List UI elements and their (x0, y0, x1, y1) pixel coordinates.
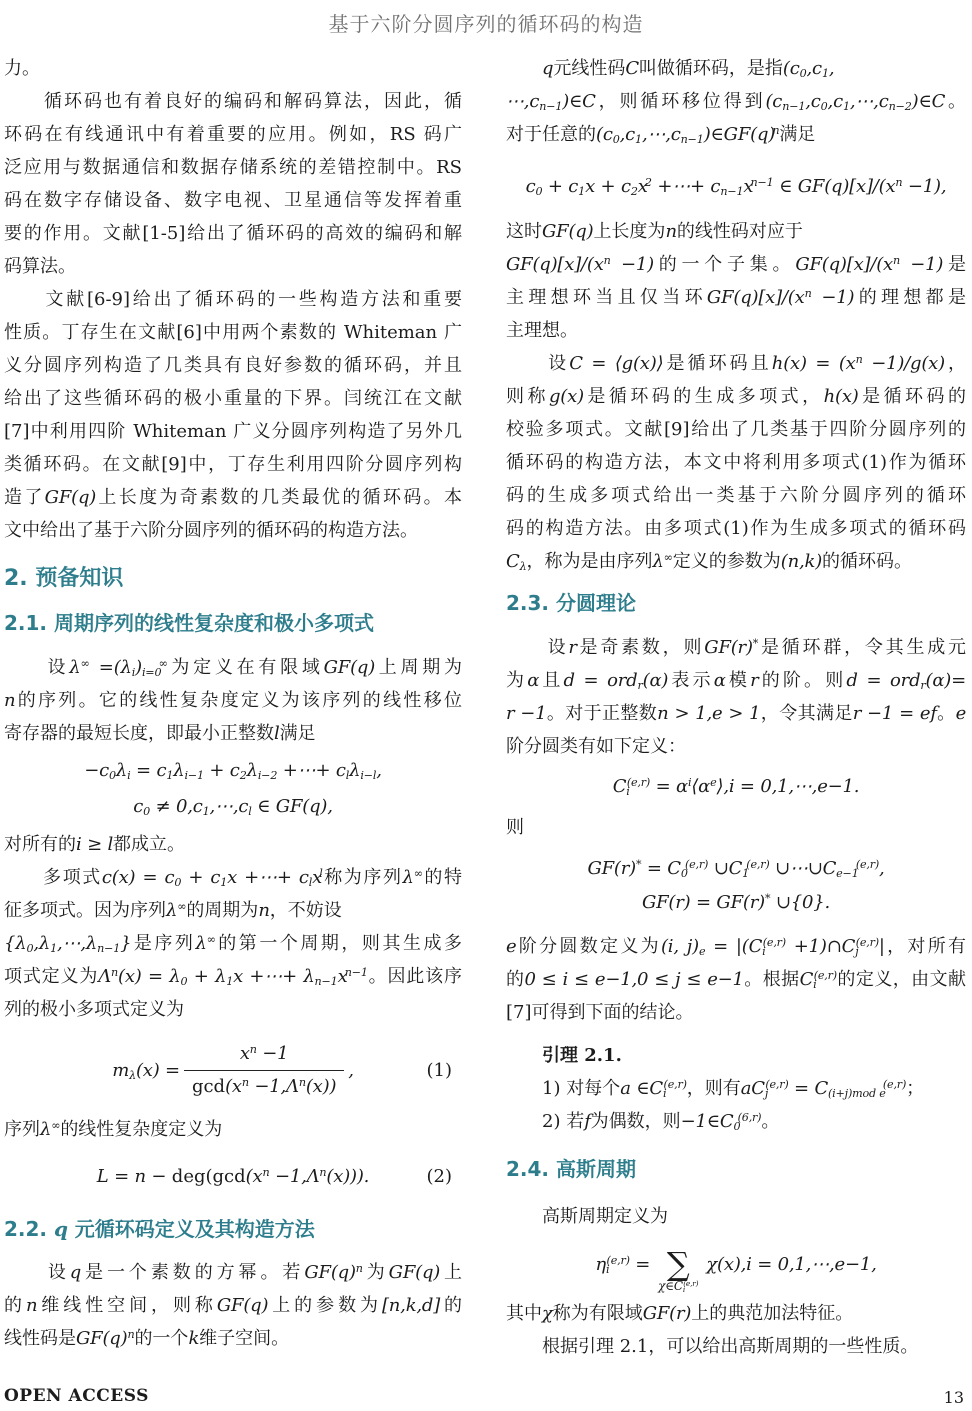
text-line: 主理想。 (506, 314, 966, 347)
text-line: [7]中利用四阶 Whiteman 广义分圆序列构造了另外几 (4, 415, 462, 448)
text-line: 码的构造方法。由多项式(1)作为生成多项式的循环码 (506, 512, 966, 545)
display-formula-cyclotomic-classes: Ci(e,r) = αi⟨αe⟩,i = 0,1,⋯,e−1. (506, 767, 966, 807)
paragraph-cyclotomic-numbers: e阶分圆数定义为(i, j)e = |(Ci(e,r) +1)∩Cj(e,r)|… (506, 930, 966, 1029)
text-line: 设λ∞ =(λi)i=0∞为定义在有限域GF(q)上周期为 (4, 651, 462, 684)
paragraph-gauss-period-intro: 高斯周期定义为 (506, 1200, 966, 1233)
text-line: 义分圆序列构造了几类具有良好参数的循环码，并且 (4, 349, 462, 382)
paragraph-holds-for-all: 对所有的i ≥ l都成立。 (4, 828, 462, 861)
paragraph-literature-review: 文献[6-9]给出了循环码的一些构造方法和重要性质。丁存生在文献[6]中用两个素… (4, 283, 462, 547)
text-line: 文献[6-9]给出了循环码的一些构造方法和重要 (4, 283, 462, 316)
lemma-2-1: 引理 2.1. 1) 对每个a ∈Ci(e,r)，则有aCj(e,r) = C(… (506, 1039, 966, 1138)
summation-subscript: χ∈Ci(e,r) (658, 1279, 698, 1294)
text-line: 文中给出了基于六阶分圆序列的循环码的构造方法。 (4, 514, 462, 547)
text-line: GF(q)[x]/(xn −1)的一个子集。GF(q)[x]/(xn −1)是 (506, 248, 966, 281)
paragraph-canonical-character: 其中χ称为有限域GF(r)上的典范加法特征。 (506, 1297, 966, 1330)
display-formula-union: GF(r)* = C0(e,r) ∪C1(e,r) ∪⋯∪Ce−1(e,r),G… (506, 852, 966, 920)
paragraph-principal-ideal: GF(q)[x]/(xn −1)的一个子集。GF(q)[x]/(xn −1)是主… (506, 248, 966, 347)
text-line: 环码在有线通讯中有着重要的应用。例如，RS 码广 (4, 118, 462, 151)
summation: ∑ χ∈Ci(e,r) (658, 1249, 698, 1294)
paragraph-end-fragment: 力。 (4, 52, 462, 85)
text-line: 1) 对每个a ∈Ci(e,r)，则有aCj(e,r) = C(i+j)mod … (506, 1072, 966, 1105)
text-line: q元线性码C叫做循环码，是指(c0,c1, (506, 52, 966, 85)
text-line: 征多项式。因为序列λ∞的周期为n，不妨设 (4, 894, 462, 927)
right-column: q元线性码C叫做循环码，是指(c0,c1,⋯,cn−1)∈C，则循环移位得到(c… (506, 52, 966, 1363)
paragraph-cyclotomy-setup: 设r是奇素数，则GF(r)*是循环群，令其生成元为α且d = ordr(α)表示… (506, 631, 966, 763)
text-line: 泛应用与数据通信和数据存储系统的差错控制中。RS (4, 151, 462, 184)
text-line: 列的极小多项式定义为 (4, 993, 462, 1026)
fraction-denominator: gcd(xn −1,Λn(x)) (184, 1070, 344, 1100)
running-head-title: 基于六阶分圆序列的循环码的构造 (0, 8, 972, 37)
text-line: 根据引理 2.1，可以给出高斯周期的一些性质。 (506, 1330, 966, 1363)
text-line: 则 (506, 811, 966, 844)
paragraph-gauss-properties: 根据引理 2.1，可以给出高斯周期的一些性质。 (506, 1330, 966, 1363)
text-line: GF(r) = GF(r)* ∪{0}. (506, 886, 966, 920)
text-line: r −1。对于正整数n > 1,e > 1，令其满足r −1 = ef。e (506, 697, 966, 730)
text-line: c0 ≠ 0,c1,⋯,cl ∈ GF(q), (4, 789, 462, 825)
fraction-numerator: xn −1 (184, 1041, 344, 1070)
text-line: 线性码是GF(q)n的一个k维子空间。 (4, 1322, 462, 1355)
sigma-symbol: ∑ (667, 1249, 690, 1279)
paragraph-cyclic-code-definition: q元线性码C叫做循环码，是指(c0,c1,⋯,cn−1)∈C，则循环移位得到(c… (506, 52, 966, 151)
display-formula-codeword-polynomial: c0 + c1x + c2x2 +⋯+ cn−1xn−1 ∈ GF(q)[x]/… (506, 167, 966, 207)
text-line: 类循环码。在文献[9]中，丁存生利用四阶分圆序列构 (4, 448, 462, 481)
text-line: 性质。丁存生在文献[6]中用两个素数的 Whiteman 广 (4, 316, 462, 349)
section-heading-gauss-periods: 2.4. 高斯周期 (506, 1154, 966, 1184)
text-line: 寄存器的最短长度，即最小正整数l满足 (4, 717, 462, 750)
text-line: {λ0,λ1,⋯,λn−1}是序列λ∞的第一个周期，则其生成多 (4, 927, 462, 960)
text-line: 对于任意的(c0,c1,⋯,cn−1)∈GF(q)n满足 (506, 118, 966, 151)
equation-trail: , (348, 1060, 354, 1081)
equation-number-1: (1) (427, 1060, 453, 1081)
paragraph-quotient-ring-intro: 这时GF(q)上长度为n的线性码对应于 (506, 215, 966, 248)
paragraph-sequence-definition: 设λ∞ =(λi)i=0∞为定义在有限域GF(q)上周期为n的序列。它的线性复杂… (4, 651, 462, 750)
text-line: 为α且d = ordr(α)表示α模r的阶。则d = ordr(α)= (506, 664, 966, 697)
left-column: 力。 循环码也有着良好的编码和解码算法，因此，循环码在有线通讯中有着重要的应用。… (4, 52, 462, 1355)
paragraph-characteristic-polynomial: 多项式c(x) = c0 + c1x +⋯+ clxl称为序列λ∞的特征多项式。… (4, 861, 462, 1026)
section-heading-cyclotomy: 2.3. 分圆理论 (506, 588, 966, 618)
text-line: 对所有的i ≥ l都成立。 (4, 828, 462, 861)
text-line: 高斯周期定义为 (506, 1200, 966, 1233)
equation-number-2: (2) (427, 1166, 453, 1187)
text-line: 设q是一个素数的方幂。若GF(q)n为GF(q)上 (4, 1256, 462, 1289)
text-line: 设C = ⟨g(x)⟩是循环码且h(x) = (xn −1)/g(x)， (506, 347, 966, 380)
text-line: 造了GF(q)上长度为奇素数的几类最优的循环码。本 (4, 481, 462, 514)
gauss-rhs: χ(x),i = 0,1,⋯,e−1, (706, 1254, 876, 1275)
text-line: 主理想环当且仅当环GF(q)[x]/(xn −1)的理想都是 (506, 281, 966, 314)
gauss-lhs: ηi(e,r) = (595, 1254, 650, 1275)
equation-lhs: mλ(x) = (112, 1060, 180, 1081)
equation-minimal-polynomial: mλ(x) = xn −1 gcd(xn −1,Λn(x)) , (1) (4, 1033, 462, 1107)
text-line: 校验多项式。文献[9]给出了几类基于四阶分圆序列的 (506, 413, 966, 446)
text-line: 多项式c(x) = c0 + c1x +⋯+ clxl称为序列λ∞的特 (4, 861, 462, 894)
paragraph-linear-code-definition: 设q是一个素数的方幂。若GF(q)n为GF(q)上的n维线性空间，则称GF(q)… (4, 1256, 462, 1355)
text-line: GF(r)* = C0(e,r) ∪C1(e,r) ∪⋯∪Ce−1(e,r), (506, 852, 966, 886)
paragraph-cyclic-codes-intro: 循环码也有着良好的编码和解码算法，因此，循环码在有线通讯中有着重要的应用。例如，… (4, 85, 462, 283)
text-line: 码在数字存储设备、数字电视、卫星通信等发挥着重 (4, 184, 462, 217)
text-line: 的0 ≤ i ≤ e−1,0 ≤ j ≤ e−1。根据Ci(e,r)的定义，由文… (506, 963, 966, 996)
page-number: 13 (944, 1388, 964, 1407)
paragraph-linear-complexity-def: 序列λ∞的线性复杂度定义为 (4, 1113, 462, 1146)
text-line: 2) 若f为偶数，则−1∈C0(6,r)。 (506, 1105, 966, 1138)
text-line: 的n维线性空间，则称GF(q)上的参数为[n,k,d]的 (4, 1289, 462, 1322)
text-line: 项式定义为Λn(x) = λ0 + λ1x +⋯+ λn−1xn−1。因此该序 (4, 960, 462, 993)
text-line: −c0λi = c1λi−1 + c2λi−2 +⋯+ clλi−l, (4, 753, 462, 789)
text-line: 其中χ称为有限域GF(r)上的典范加法特征。 (506, 1297, 966, 1330)
lemma-items: 1) 对每个a ∈Ci(e,r)，则有aCj(e,r) = C(i+j)mod … (506, 1072, 966, 1138)
text-line: 要的作用。文献[1-5]给出了循环码的高效的编码和解 (4, 217, 462, 250)
text-line: 设r是奇素数，则GF(r)*是循环群，令其生成元 (506, 631, 966, 664)
text-line: c0 + c1x + c2x2 +⋯+ cn−1xn−1 ∈ GF(q)[x]/… (506, 167, 966, 207)
text-line: 给出了这些循环码的极小重量的下界。闫统江在文献 (4, 382, 462, 415)
text-line: [7]可得到下面的结论。 (506, 996, 966, 1029)
section-heading-q-ary-cyclic-codes: 2.2. q 元循环码定义及其构造方法 (4, 1214, 462, 1244)
text-line: 阶分圆类有如下定义： (506, 730, 966, 763)
equation-body: L = n − deg(gcd(xn −1,Λn(x))). (97, 1166, 369, 1187)
section-heading-preliminaries: 2. 预备知识 (4, 563, 462, 595)
fraction: xn −1 gcd(xn −1,Λn(x)) (184, 1041, 344, 1100)
text-line: e阶分圆数定义为(i, j)e = |(Ci(e,r) +1)∩Cj(e,r)|… (506, 930, 966, 963)
text-line: 码算法。 (4, 250, 462, 283)
text-line: Ci(e,r) = αi⟨αe⟩,i = 0,1,⋯,e−1. (506, 767, 966, 807)
text-line: Cλ，称为是由序列λ∞定义的参数为(n,k)的循环码。 (506, 545, 966, 578)
document-page: 基于六阶分圆序列的循环码的构造 力。 循环码也有着良好的编码和解码算法，因此，循… (0, 0, 972, 1411)
text-line: 这时GF(q)上长度为n的线性码对应于 (506, 215, 966, 248)
text-line: 循环码也有着良好的编码和解码算法，因此，循 (4, 85, 462, 118)
text-line: 则称g(x)是循环码的生成多项式，h(x)是循环码的 (506, 380, 966, 413)
text-line: ⋯,cn−1)∈C，则循环移位得到(cn−1,c0,c1,⋯,cn−2)∈C。 (506, 85, 966, 118)
display-formula-lfsr: −c0λi = c1λi−1 + c2λi−2 +⋯+ clλi−l,c0 ≠ … (4, 753, 462, 825)
text-line: 序列λ∞的线性复杂度定义为 (4, 1113, 462, 1146)
section-heading-linear-complexity: 2.1. 周期序列的线性复杂度和极小多项式 (4, 608, 462, 638)
paragraph-then: 则 (506, 811, 966, 844)
equation-linear-complexity: L = n − deg(gcd(xn −1,Λn(x))). (2) (4, 1156, 462, 1196)
text-line: 码的生成多项式给出一类基于六阶分圆序列的循环 (506, 479, 966, 512)
text-line: 循环码的构造方法，本文中将利用多项式(1)作为循环 (506, 446, 966, 479)
text-line: n的序列。它的线性复杂度定义为该序列的线性移位 (4, 684, 462, 717)
paragraph-generator-polynomial: 设C = ⟨g(x)⟩是循环码且h(x) = (xn −1)/g(x)，则称g(… (506, 347, 966, 578)
text-line: 力。 (4, 52, 462, 85)
gauss-period-formula: ηi(e,r) = ∑ χ∈Ci(e,r) χ(x),i = 0,1,⋯,e−1… (506, 1235, 966, 1293)
open-access-label: OPEN ACCESS (4, 1386, 149, 1406)
lemma-title: 引理 2.1. (506, 1039, 966, 1072)
